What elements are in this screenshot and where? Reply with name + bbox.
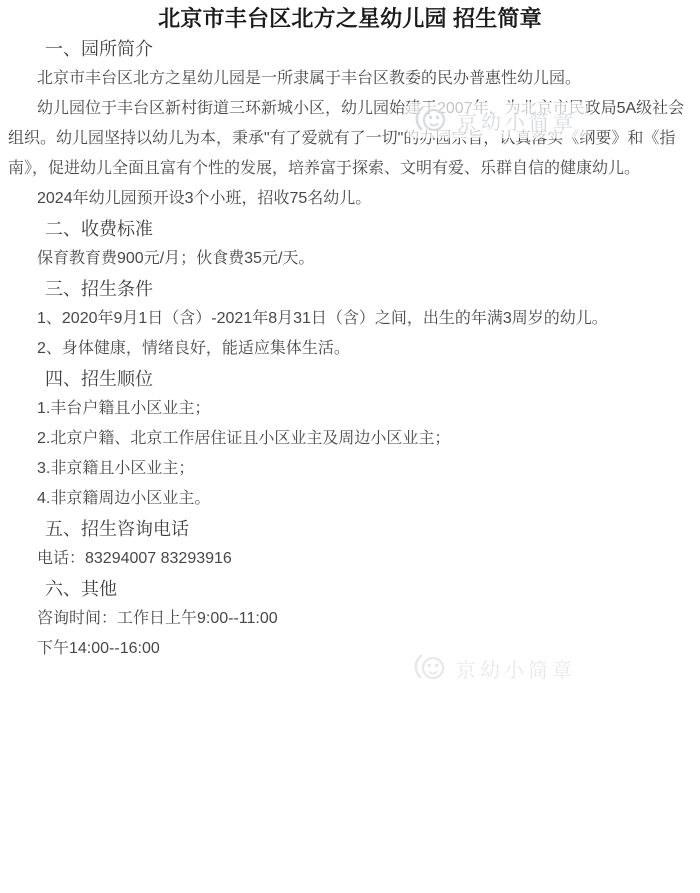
section-heading-4: 四、招生顺位	[0, 364, 700, 394]
paragraph-history: 幼儿园位于丰台区新村街道三环新城小区，幼儿园始建于2007年，为北京市民政局5A…	[0, 94, 700, 184]
watermark-bottom: 京幼小简章	[406, 650, 586, 686]
paragraph-plan-2024: 2024年幼儿园预开设3个小班，招收75名幼儿。	[0, 184, 700, 214]
consult-hours-afternoon: 下午14:00--16:00	[0, 634, 700, 664]
priority-item-1: 1.丰台户籍且小区业主；	[0, 394, 700, 424]
section-heading-1: 一、园所简介	[0, 34, 700, 64]
priority-item-2: 2.北京户籍、北京工作居住证且小区业主及周边小区业主；	[0, 424, 700, 454]
fee-line: 保育教育费900元/月；伙食费35元/天。	[0, 244, 700, 274]
paragraph-intro: 北京市丰台区北方之星幼儿园是一所隶属于丰台区教委的民办普惠性幼儿园。	[0, 64, 700, 94]
watermark-text: 京幼小简章	[457, 106, 577, 135]
priority-item-3: 3.非京籍且小区业主；	[0, 454, 700, 484]
section-heading-5: 五、招生咨询电话	[0, 514, 700, 544]
watermark-top: 京幼小简章	[407, 102, 587, 138]
condition-item-1: 1、2020年9月1日（含）-2021年8月31日（含）之间，出生的年满3周岁的…	[0, 304, 700, 334]
section-heading-3: 三、招生条件	[0, 274, 700, 304]
condition-item-2: 2、身体健康，情绪良好，能适应集体生活。	[0, 334, 700, 364]
section-heading-2: 二、收费标准	[0, 214, 700, 244]
consult-hours-morning: 咨询时间：工作日上午9:00--11:00	[0, 604, 700, 634]
document-title: 北京市丰台区北方之星幼儿园 招生简章	[0, 0, 700, 34]
phone-line: 电话：83294007 83293916	[0, 544, 700, 574]
section-heading-6: 六、其他	[0, 574, 700, 604]
priority-item-4: 4.非京籍周边小区业主。	[0, 484, 700, 514]
watermark-text: 京幼小简章	[456, 654, 576, 683]
smiley-face-logo-icon	[411, 653, 447, 683]
document-page: 北京市丰台区北方之星幼儿园 招生简章 一、园所简介 北京市丰台区北方之星幼儿园是…	[0, 0, 700, 893]
smiley-face-logo-icon	[412, 105, 448, 135]
